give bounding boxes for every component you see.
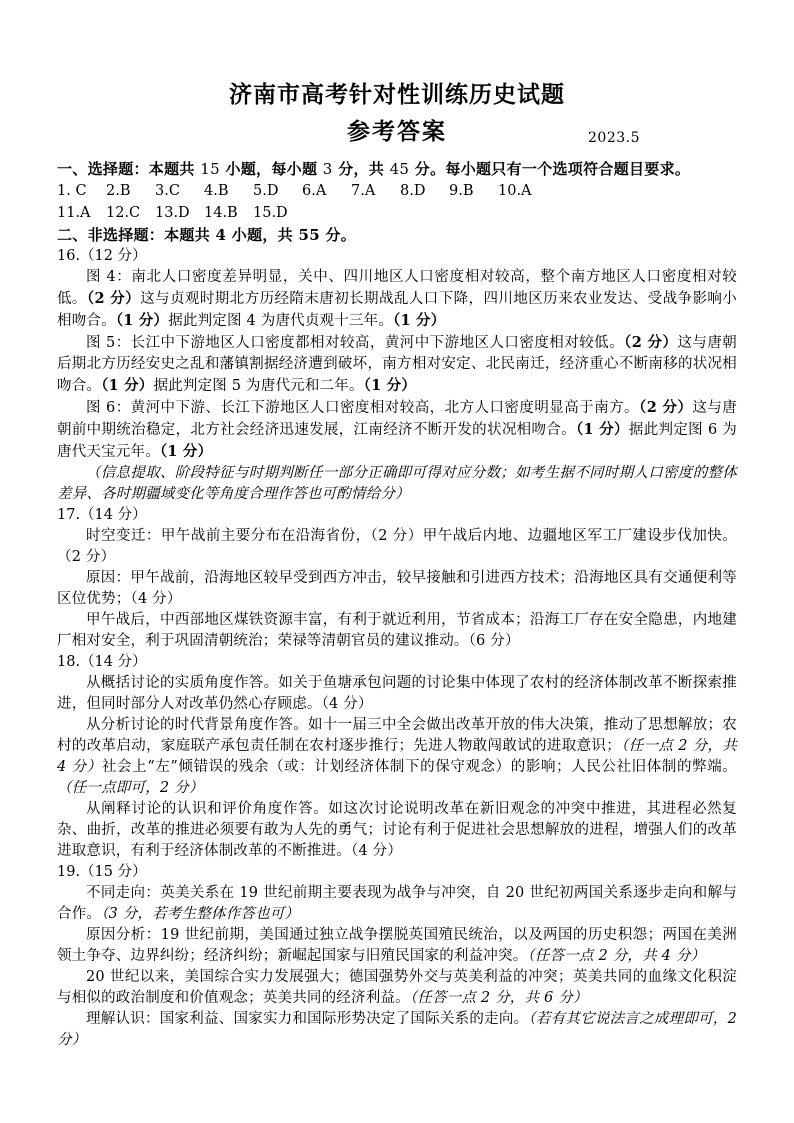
text-segment: 据此判定图 4 为唐代贞观十三年。 [168, 313, 393, 329]
text-segment: 分，共 [333, 160, 390, 178]
q16-answer-fig4: 图 4：南北人口密度差异明显，关中、四川地区人口密度相对较高，整个南方地区人口密… [57, 267, 737, 332]
answers-row-2: 11.A12.C13.D14.B15.D [57, 202, 737, 224]
document-subtitle: 参考答案 [347, 116, 447, 148]
text-segment: 20 世纪以来，美国综合实力发展强大；德国强势外交与英美利益的冲突；英美共同的血… [57, 969, 737, 1006]
answer-item: 8.D [400, 180, 449, 202]
q19-answer-cause-20c: 20 世纪以来，美国综合实力发展强大；德国强势外交与英美利益的冲突；英美共同的血… [57, 967, 737, 1009]
text-segment: 二、非选择题：本题共 4 小题，共 55 分。 [57, 226, 356, 244]
answer-item: 4.B [204, 180, 253, 202]
text-segment: 小题，每小题 [220, 160, 323, 178]
answer-item: 7.A [351, 180, 400, 202]
answer-item: 14.B [204, 202, 253, 224]
text-segment: （任一点即可，2 分） [57, 780, 204, 796]
text-segment: 17.（14 分） [57, 507, 147, 523]
text-segment: （2 分） [624, 334, 677, 351]
text-segment: （1 分） [116, 312, 168, 329]
text-segment: 社会上“左”倾错误的残余（或：计划经济体制下的保守观念）的影响；人民公社旧体制的… [102, 759, 737, 775]
question-18-label: 18.（14 分） [57, 652, 737, 673]
section2-heading: 二、非选择题：本题共 4 小题，共 55 分。 [57, 224, 737, 246]
document-title: 济南市高考针对性训练历史试题 [57, 80, 737, 110]
document-page: 济南市高考针对性训练历史试题 参考答案 2023.5 一、选择题：本题共 15 … [0, 0, 794, 1123]
text-segment: （2 分） [639, 399, 692, 416]
answer-item: 15.D [253, 202, 302, 224]
answer-item: 6.A [302, 180, 351, 202]
text-segment: 理解认识：国家利益、国家实力和国际形势决定了国际关系的走向。 [86, 1011, 528, 1027]
text-segment: （1 分） [101, 377, 153, 394]
text-segment: （1 分） [364, 377, 416, 394]
text-segment: 时空变迁：甲午战前主要分布在沿海省份，（2 分）甲午战后内地、边疆地区军工厂建设… [57, 528, 737, 565]
subtitle-row: 参考答案 2023.5 [57, 116, 737, 148]
question-17-label: 17.（14 分） [57, 505, 737, 526]
q19-answer-trend: 不同走向：英美关系在 19 世纪前期主要表现为战争与冲突，自 20 世纪初两国关… [57, 883, 737, 925]
text-segment: 一、选择题：本题共 [57, 160, 200, 178]
text-segment: （1 分） [393, 312, 445, 329]
text-segment: 15 [200, 160, 220, 178]
text-segment: 从阐释讨论的认识和评价角度作答。如这次讨论说明改革在新旧观念的冲突中推进，其进程… [57, 801, 737, 859]
text-segment: （1 分） [576, 421, 629, 438]
q17-answer-change: 时空变迁：甲午战前主要分布在沿海省份，（2 分）甲午战后内地、边疆地区军工厂建设… [57, 526, 737, 568]
text-segment: （任答一点 2 分，共 6 分） [410, 990, 588, 1006]
text-segment: （任答一点 2 分，共 4 分） [527, 948, 705, 964]
text-segment: 从概括讨论的实质角度作答。如关于鱼塘承包问题的讨论集中体现了农村的经济体制改革不… [57, 675, 737, 712]
text-segment: （1 分） [160, 443, 212, 460]
text-segment: 分。每小题只有一个选项符合题目要求。 [409, 160, 690, 178]
text-segment: 3 [323, 160, 333, 178]
text-segment: 19.（15 分） [57, 864, 147, 880]
text-segment: 图 5：长江中下游地区人口密度都相对较高，黄河中下游地区人口密度相对较低。 [86, 335, 624, 351]
text-segment: （信息提取、阶段特征与时期判断任一部分正确即可得对应分数；如考生据不同时期人口密… [57, 465, 737, 502]
q16-answer-fig6: 图 6：黄河中下游、长江下游地区人口密度相对较高，北方人口密度明显高于南方。（2… [57, 397, 737, 463]
text-segment: （3 分，若考生整体作答也可） [101, 906, 299, 922]
text-segment: 45 [390, 160, 410, 178]
answer-item: 11.A [57, 202, 106, 224]
document-body: 一、选择题：本题共 15 小题，每小题 3 分，共 45 分。每小题只有一个选项… [57, 158, 737, 1051]
section1-heading: 一、选择题：本题共 15 小题，每小题 3 分，共 45 分。每小题只有一个选项… [57, 158, 737, 180]
text-segment: 18.（14 分） [57, 654, 147, 670]
q16-answer-fig5: 图 5：长江中下游地区人口密度都相对较高，黄河中下游地区人口密度相对较低。（2 … [57, 332, 737, 397]
answers-row-1: 1. C2.B3.C4.B5.D6.A7.A8.D9.B10.A [57, 180, 737, 202]
answer-item: 3.C [155, 180, 204, 202]
text-segment: 16.（12 分） [57, 248, 147, 264]
q18-answer-evaluation: 从阐释讨论的认识和评价角度作答。如这次讨论说明改革在新旧观念的冲突中推进，其进程… [57, 799, 737, 862]
q17-answer-reason-before: 原因：甲午战前，沿海地区较早受到西方冲击，较早接触和引进西方技术；沿海地区具有交… [57, 568, 737, 610]
text-segment: （2 分） [87, 290, 140, 307]
text-segment: 据此判定图 5 为唐代元和二年。 [154, 378, 364, 394]
answer-item: 13.D [155, 202, 204, 224]
answer-item: 2.B [106, 180, 155, 202]
answer-item: 9.B [449, 180, 498, 202]
answer-item: 10.A [498, 180, 547, 202]
question-16-label: 16.（12 分） [57, 246, 737, 267]
text-segment: 原因：甲午战前，沿海地区较早受到西方冲击，较早接触和引进西方技术；沿海地区具有交… [57, 570, 737, 607]
answer-item: 12.C [106, 202, 155, 224]
q18-answer-essence: 从概括讨论的实质角度作答。如关于鱼塘承包问题的讨论集中体现了农村的经济体制改革不… [57, 673, 737, 715]
answer-item: 1. C [57, 180, 106, 202]
q16-grading-note: （信息提取、阶段特征与时期判断任一部分正确即可得对应分数；如考生据不同时期人口密… [57, 463, 737, 505]
q19-answer-understanding: 理解认识：国家利益、国家实力和国际形势决定了国际关系的走向。（若有其它说法言之成… [57, 1009, 737, 1051]
q19-answer-cause-19c: 原因分析：19 世纪前期，美国通过独立战争摆脱英国殖民统治，以及两国的历史积怨；… [57, 925, 737, 967]
q17-answer-reason-after: 甲午战后，中西部地区煤铁资源丰富，有利于就近利用，节省成本；沿海工厂存在安全隐患… [57, 610, 737, 652]
text-segment: 图 6：黄河中下游、长江下游地区人口密度相对较高，北方人口密度明显高于南方。 [86, 400, 639, 416]
document-date: 2023.5 [588, 130, 640, 146]
text-segment: 甲午战后，中西部地区煤铁资源丰富，有利于就近利用，节省成本；沿海工厂存在安全隐患… [57, 612, 737, 649]
q18-answer-background: 从分析讨论的时代背景角度作答。如十一届三中全会做出改革开放的伟大决策，推动了思想… [57, 715, 737, 799]
question-19-label: 19.（15 分） [57, 862, 737, 883]
answer-item: 5.D [253, 180, 302, 202]
